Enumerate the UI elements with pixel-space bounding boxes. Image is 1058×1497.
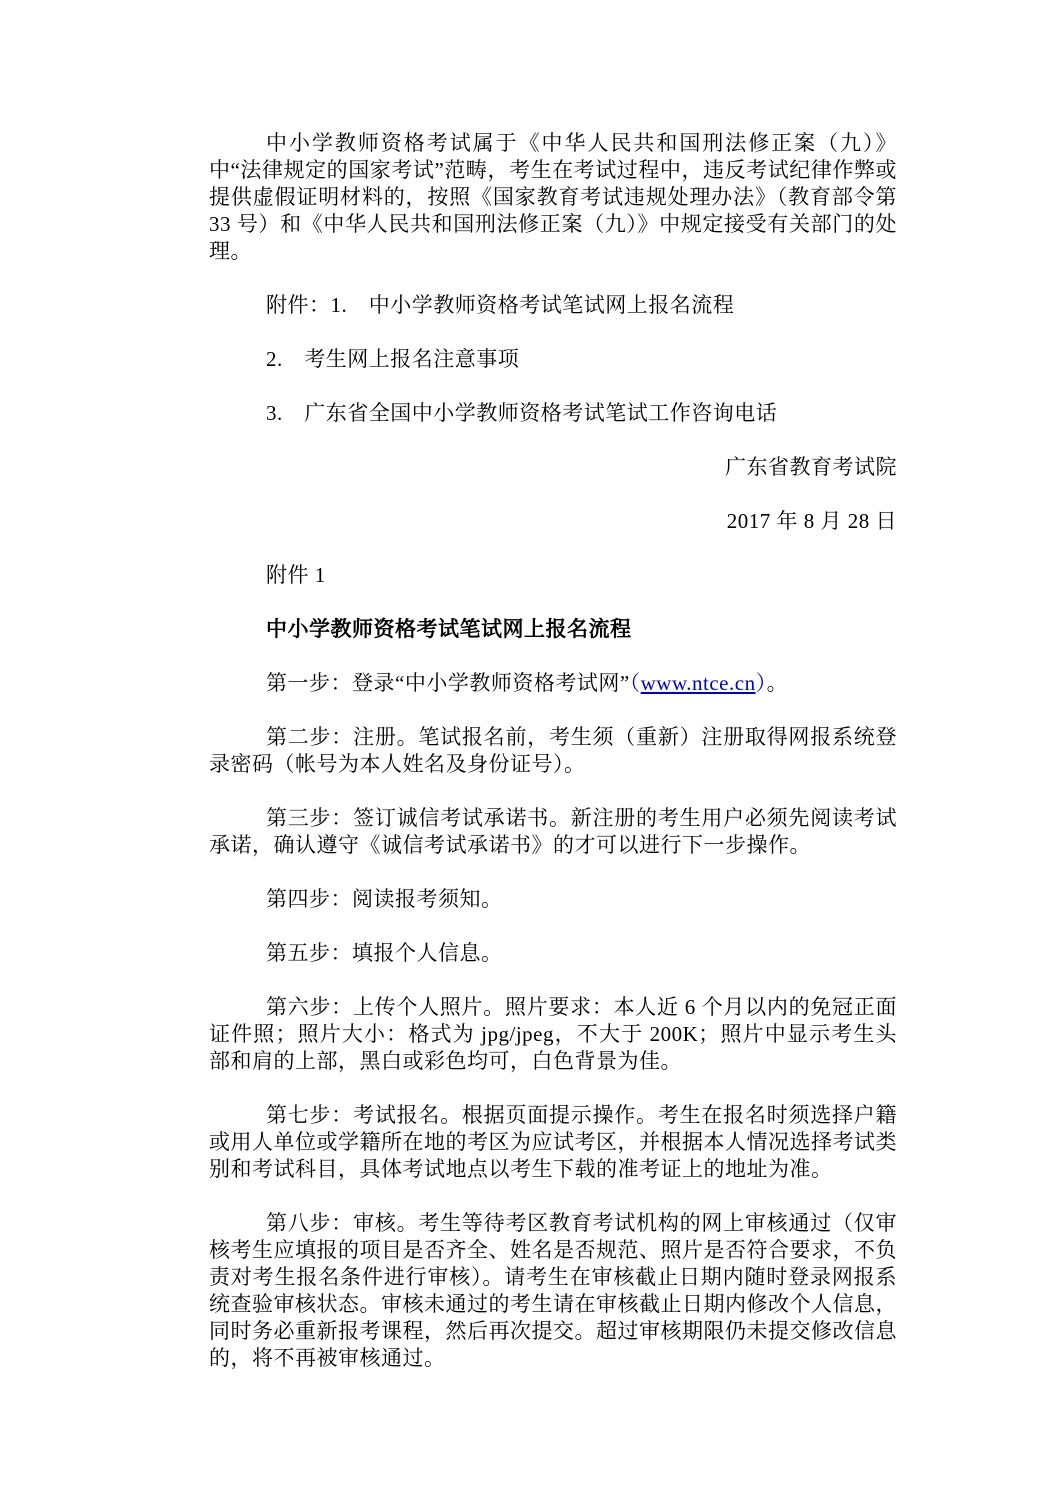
attachment-item-3: 3. 广东省全国中小学教师资格考试笔试工作咨询电话 <box>209 400 897 427</box>
step-6-paragraph: 第六步：上传个人照片。照片要求：本人近 6 个月以内的免冠正面证件照；照片大小：… <box>209 994 897 1075</box>
issue-date: 2017 年 8 月 28 日 <box>209 508 897 535</box>
open-paren: （ <box>630 671 641 695</box>
step-1-paragraph: 第一步：登录“中小学教师资格考试网”（www.ntce.cn）。 <box>209 670 897 697</box>
step-8-paragraph: 第八步：审核。考生等待考区教育考试机构的网上审核通过（仅审核考生应填报的项目是否… <box>209 1210 897 1372</box>
step-1-period: 。 <box>767 671 789 695</box>
step-7-paragraph: 第七步：考试报名。根据页面提示操作。考生在报名时须选择户籍或用人单位或学籍所在地… <box>209 1102 897 1183</box>
ntce-website-link[interactable]: www.ntce.cn <box>641 671 756 695</box>
document-page: 中小学教师资格考试属于《中华人民共和国刑法修正案（九）》中“法律规定的国家考试”… <box>0 0 1058 1497</box>
step-5-paragraph: 第五步：填报个人信息。 <box>209 940 897 967</box>
close-paren: ） <box>756 671 767 695</box>
intro-paragraph: 中小学教师资格考试属于《中华人民共和国刑法修正案（九）》中“法律规定的国家考试”… <box>209 130 897 265</box>
step-3-paragraph: 第三步：签订诚信考试承诺书。新注册的考生用户必须先阅读考试承诺，确认遵守《诚信考… <box>209 805 897 859</box>
attachment-list-heading: 附件：1. 中小学教师资格考试笔试网上报名流程 <box>209 292 897 319</box>
step-4-paragraph: 第四步：阅读报考须知。 <box>209 886 897 913</box>
appendix-1-label: 附件 1 <box>209 562 897 589</box>
step-2-paragraph: 第二步：注册。笔试报名前，考生须（重新）注册取得网报系统登录密码（帐号为本人姓名… <box>209 724 897 778</box>
attachment-item-2: 2. 考生网上报名注意事项 <box>209 346 897 373</box>
issuer-signature: 广东省教育考试院 <box>209 454 897 481</box>
step-1-text: 第一步：登录“中小学教师资格考试网” <box>266 671 630 695</box>
appendix-1-title: 中小学教师资格考试笔试网上报名流程 <box>209 616 897 643</box>
